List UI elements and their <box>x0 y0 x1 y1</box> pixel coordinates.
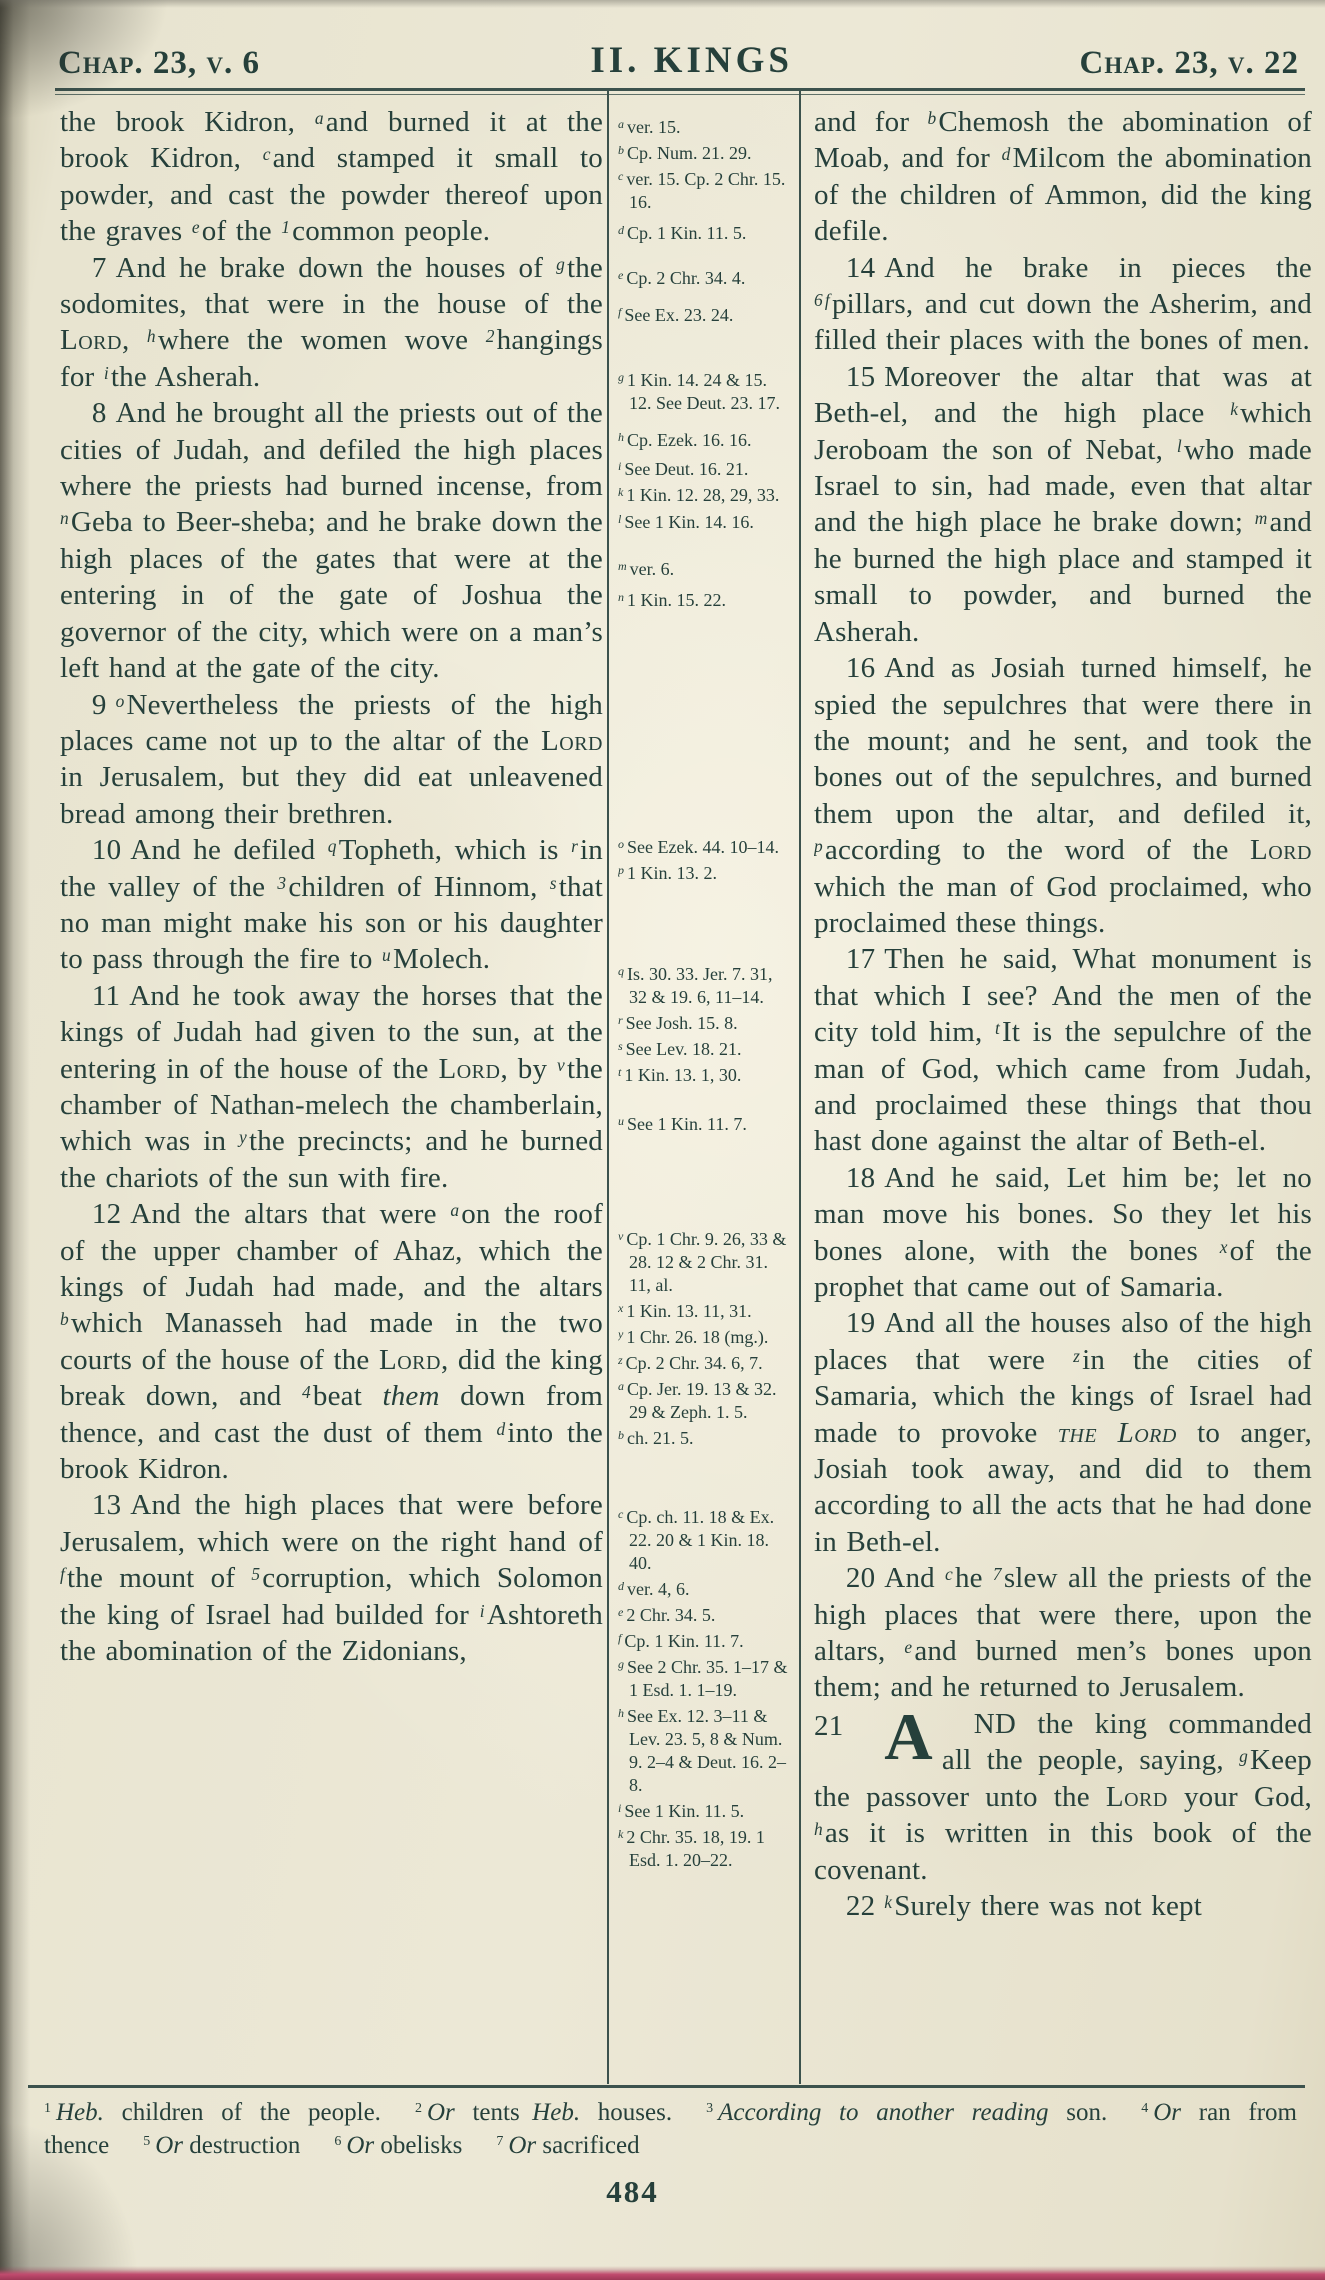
cross-reference: aCp. Jer. 19. 13 & 32. 29 & Zeph. 1. 5. <box>618 1378 790 1424</box>
cross-reference: fSee Ex. 23. 24. <box>618 304 790 327</box>
italic-word: According to another reading <box>718 2099 1048 2126</box>
right-text-column: and for bChemosh the abomination of Moab… <box>814 104 1312 2078</box>
ref-marker: s <box>550 873 557 893</box>
left-text-column: the brook Kidron, aand burned it at the … <box>60 104 603 2078</box>
small-caps-word: Lord <box>379 1344 441 1376</box>
ref-marker: c <box>945 1564 953 1584</box>
ref-marker: g <box>1239 1746 1248 1766</box>
footnote: 7Or sacrificed <box>496 2132 639 2159</box>
cross-reference: uSee 1 Kin. 11. 7. <box>618 1113 790 1136</box>
verse-number: 8 <box>92 397 107 429</box>
verse-number: 13 <box>92 1489 121 1521</box>
ref-marker: b <box>60 1309 69 1329</box>
ref-marker: 4 <box>302 1382 311 1402</box>
footnote-number: 4 <box>1141 2101 1148 2116</box>
cross-reference: t1 Kin. 13. 1, 30. <box>618 1064 790 1087</box>
footnote-number: 3 <box>706 2101 713 2116</box>
cross-reference: gSee 2 Chr. 35. 1–17 & 1 Esd. 1. 1–19. <box>618 1656 790 1702</box>
verse-number: 10 <box>92 834 121 866</box>
verse-number: 11 <box>92 980 120 1012</box>
reference-letter: z <box>618 1353 623 1367</box>
page-top-edge <box>0 0 1325 8</box>
verse-number: 17 <box>846 943 875 975</box>
cross-reference: mver. 6. <box>618 558 790 581</box>
footnote-number: 5 <box>143 2134 150 2149</box>
small-caps-word: Lord <box>1250 834 1312 866</box>
verse-paragraph: 15Moreover the altar that was at Beth-el… <box>814 359 1312 650</box>
cross-reference: x1 Kin. 13. 11, 31. <box>618 1300 790 1323</box>
cross-reference: sSee Lev. 18. 21. <box>618 1038 790 1061</box>
page-edge-stain <box>0 2266 1325 2280</box>
page-corner-shadow <box>0 2120 140 2280</box>
reference-letter: f <box>618 305 621 319</box>
verse-paragraph: 16And as Josiah turned himself, he spied… <box>814 650 1312 941</box>
reference-letter: b <box>618 1428 624 1442</box>
verse-number: 16 <box>846 652 875 684</box>
reference-letter: a <box>618 117 624 131</box>
reference-letter: n <box>618 590 624 604</box>
reference-letter: q <box>618 964 624 978</box>
ref-marker: d <box>497 1419 506 1439</box>
verse-paragraph: 11And he took away the horses that the k… <box>60 978 603 1196</box>
verse-paragraph: the brook Kidron, aand burned it at the … <box>60 104 603 250</box>
ref-marker: u <box>382 945 391 965</box>
ref-marker: d <box>1002 144 1011 164</box>
cross-reference: cver. 15. Cp. 2 Chr. 15. 16. <box>618 168 790 214</box>
page-header: Chap. 23, v. 6 II. KINGS Chap. 23, v. 22 <box>58 30 1301 82</box>
verse-number: 7 <box>92 252 107 284</box>
verse-number: 22 <box>846 1890 875 1922</box>
ref-marker: 2 <box>486 326 495 346</box>
verse-number: 21 <box>814 1709 843 1743</box>
reference-letter: v <box>618 1229 623 1243</box>
ref-marker: h <box>147 326 156 346</box>
reference-letter: i <box>618 459 621 473</box>
cross-reference: bch. 21. 5. <box>618 1427 790 1450</box>
verse-number: 15 <box>846 361 875 393</box>
footnote: 3According to another reading son. <box>706 2099 1107 2126</box>
small-caps-word: Lord <box>541 725 603 757</box>
cross-reference: dver. 4, 6. <box>618 1578 790 1601</box>
verse-paragraph: and for bChemosh the abomination of Moab… <box>814 104 1312 250</box>
ref-marker: m <box>1255 508 1268 528</box>
italic-word: Heb. <box>532 2099 580 2126</box>
reference-letter: t <box>618 1065 621 1079</box>
cross-reference: cCp. ch. 11. 18 & Ex. 22. 20 & 1 Kin. 18… <box>618 1506 790 1575</box>
small-caps-word: the Lord <box>1058 1417 1177 1449</box>
ref-marker: t <box>995 1018 1000 1038</box>
ref-marker: e <box>192 217 200 237</box>
reference-letter: e <box>618 1605 623 1619</box>
page-corner-shadow <box>0 0 170 120</box>
footnote-number: 2 <box>415 2101 422 2116</box>
cross-reference: hCp. Ezek. 16. 16. <box>618 429 790 452</box>
ref-marker: f <box>60 1564 65 1584</box>
verse-paragraph: 12And the altars that were aon the roof … <box>60 1196 603 1487</box>
reference-letter: e <box>618 268 623 282</box>
verse-paragraph: 10And he defiled qTopheth, which is rin … <box>60 832 603 978</box>
cross-reference: dCp. 1 Kin. 11. 5. <box>618 222 790 245</box>
ref-marker: i <box>104 363 109 383</box>
small-caps-word: Lord <box>1106 1781 1168 1813</box>
ref-marker: a <box>450 1200 459 1220</box>
reference-letter: u <box>618 1114 624 1128</box>
verse-number: 20 <box>846 1562 875 1594</box>
reference-letter: o <box>618 837 624 851</box>
verse-paragraph: 21AND the king commanded all the people,… <box>814 1706 1312 1888</box>
verse-paragraph: 13And the high places that were before J… <box>60 1487 603 1669</box>
verse-paragraph: 17Then he said, What monument is that wh… <box>814 941 1312 1159</box>
reference-letter: c <box>618 169 623 183</box>
reference-letter: a <box>618 1379 624 1393</box>
reference-letter: b <box>618 143 624 157</box>
reference-letter: k <box>618 485 623 499</box>
italic-word: Or <box>155 2132 183 2159</box>
ref-marker: p <box>814 836 823 856</box>
ref-marker: 3 <box>277 873 286 893</box>
cross-reference: vCp. 1 Chr. 9. 26, 33 & 28. 12 & 2 Chr. … <box>618 1228 790 1297</box>
reference-letter: l <box>618 512 621 526</box>
italic-word: Or <box>1153 2099 1181 2126</box>
verse-number: 14 <box>846 252 875 284</box>
italic-word: Or <box>427 2099 455 2126</box>
reference-letter: x <box>618 1301 623 1315</box>
ref-marker: 5 <box>251 1564 260 1584</box>
cross-reference: qIs. 30. 33. Jer. 7. 31, 32 & 19. 6, 11–… <box>618 963 790 1009</box>
ref-marker: h <box>814 1819 823 1839</box>
reference-letter: f <box>618 1631 621 1645</box>
verse-paragraph: 22kSurely there was not kept <box>814 1888 1312 1924</box>
italic-word: Or <box>346 2132 374 2159</box>
reference-letter: m <box>618 559 627 573</box>
column-divider-right <box>799 90 801 2084</box>
page-number: 484 <box>0 2174 1265 2210</box>
reference-letter: d <box>618 223 624 237</box>
cross-reference: iSee Deut. 16. 21. <box>618 458 790 481</box>
cross-reference: y1 Chr. 26. 18 (mg.). <box>618 1326 790 1349</box>
reference-letter: k <box>618 1827 623 1841</box>
ref-marker: a <box>315 108 324 128</box>
verse-paragraph: 19And all the houses also of the high pl… <box>814 1305 1312 1560</box>
header-rule <box>55 88 1305 95</box>
cross-reference: eCp. 2 Chr. 34. 4. <box>618 267 790 290</box>
reference-letter: y <box>618 1327 623 1341</box>
header-right-chapter-ref: Chap. 23, v. 22 <box>1080 45 1300 82</box>
cross-reference: g1 Kin. 14. 24 & 15. 12. See Deut. 23. 1… <box>618 369 790 415</box>
reference-letter: h <box>618 430 624 444</box>
footnote: 6Or obelisks <box>334 2132 462 2159</box>
footnote: 5Or destruction <box>143 2132 300 2159</box>
verse-paragraph: 14And he brake in pieces the 6fpillars, … <box>814 250 1312 359</box>
ref-marker: n <box>60 508 69 528</box>
verse-paragraph: 8And he brought all the priests out of t… <box>60 395 603 686</box>
verse-number: 9 <box>92 689 107 721</box>
drop-cap: 21A <box>814 1709 933 1765</box>
reference-letter: r <box>618 1013 623 1027</box>
bible-page: Chap. 23, v. 6 II. KINGS Chap. 23, v. 22… <box>0 0 1325 2280</box>
footnotes: 1Heb. children of the people.2Or tents H… <box>44 2096 1297 2168</box>
reference-letter: d <box>618 1579 624 1593</box>
cross-reference: bCp. Num. 21. 29. <box>618 142 790 165</box>
cross-reference: iSee 1 Kin. 11. 5. <box>618 1800 790 1823</box>
ref-marker: r <box>571 836 578 856</box>
column-divider-left <box>607 90 609 2084</box>
footnote-number: 6 <box>334 2134 341 2149</box>
verse-paragraph: 7And he brake down the houses of gthe so… <box>60 250 603 396</box>
cross-reference: k2 Chr. 35. 18, 19. 1 Esd. 1. 20–22. <box>618 1826 790 1872</box>
ref-marker: c <box>263 144 271 164</box>
cross-reference-column: aver. 15.bCp. Num. 21. 29.cver. 15. Cp. … <box>618 116 790 2078</box>
cross-reference: hSee Ex. 12. 3–11 & Lev. 23. 5, 8 & Num.… <box>618 1705 790 1797</box>
cross-reference: p1 Kin. 13. 2. <box>618 862 790 885</box>
reference-letter: c <box>618 1507 623 1521</box>
cross-reference: n1 Kin. 15. 22. <box>618 589 790 612</box>
cross-reference: rSee Josh. 15. 8. <box>618 1012 790 1035</box>
reference-letter: s <box>618 1039 623 1053</box>
italic-word: Or <box>508 2132 536 2159</box>
reference-letter: i <box>618 1801 621 1815</box>
cross-reference: zCp. 2 Chr. 34. 6, 7. <box>618 1352 790 1375</box>
reference-letter: p <box>618 863 624 877</box>
verse-paragraph: 9oNevertheless the priests of the high p… <box>60 687 603 833</box>
book-binding-shadow <box>0 0 30 2280</box>
header-book-title: II. KINGS <box>590 39 793 82</box>
ref-marker: 7 <box>993 1564 1002 1584</box>
ref-marker: 1 <box>281 217 290 237</box>
footnote-rule <box>28 2085 1305 2088</box>
ref-marker: e <box>904 1637 912 1657</box>
italic-word: them <box>382 1380 439 1412</box>
ref-marker: k <box>884 1892 892 1912</box>
cross-reference: aver. 15. <box>618 116 790 139</box>
verse-number: 18 <box>846 1162 875 1194</box>
ref-marker: z <box>1073 1346 1080 1366</box>
verse-number: 19 <box>846 1307 875 1339</box>
footnote: 2Or tents Heb. houses. <box>415 2099 672 2126</box>
ref-marker: b <box>927 108 936 128</box>
ref-marker: x <box>1220 1237 1228 1257</box>
small-caps-word: Lord <box>60 324 122 356</box>
cross-reference: lSee 1 Kin. 14. 16. <box>618 511 790 534</box>
reference-letter: h <box>618 1706 624 1720</box>
cross-reference: oSee Ezek. 44. 10–14. <box>618 836 790 859</box>
small-caps-word: Lord <box>439 1053 501 1085</box>
ref-marker: f <box>825 290 830 310</box>
cross-reference: k1 Kin. 12. 28, 29, 33. <box>618 484 790 507</box>
verse-paragraph: 20And che 7slew all the priests of the h… <box>814 1560 1312 1706</box>
cross-reference: e2 Chr. 34. 5. <box>618 1604 790 1627</box>
drop-cap-letter: A <box>852 1709 932 1765</box>
verse-paragraph: 18And he said, Let him be; let no man mo… <box>814 1160 1312 1306</box>
reference-letter: g <box>618 370 624 384</box>
footnote-number: 1 <box>44 2101 51 2116</box>
ref-marker: l <box>1177 436 1182 456</box>
reference-letter: g <box>618 1657 624 1671</box>
ref-marker: y <box>239 1127 247 1147</box>
ref-marker: k <box>1230 399 1238 419</box>
ref-marker: v <box>557 1055 565 1075</box>
verse-number: 12 <box>92 1198 121 1230</box>
cross-reference: fCp. 1 Kin. 11. 7. <box>618 1630 790 1653</box>
ref-marker: 6 <box>814 290 823 310</box>
ref-marker: g <box>556 254 565 274</box>
footnote-number: 7 <box>496 2134 503 2149</box>
ref-marker: o <box>116 691 125 711</box>
ref-marker: q <box>328 836 337 856</box>
ref-marker: i <box>480 1601 485 1621</box>
